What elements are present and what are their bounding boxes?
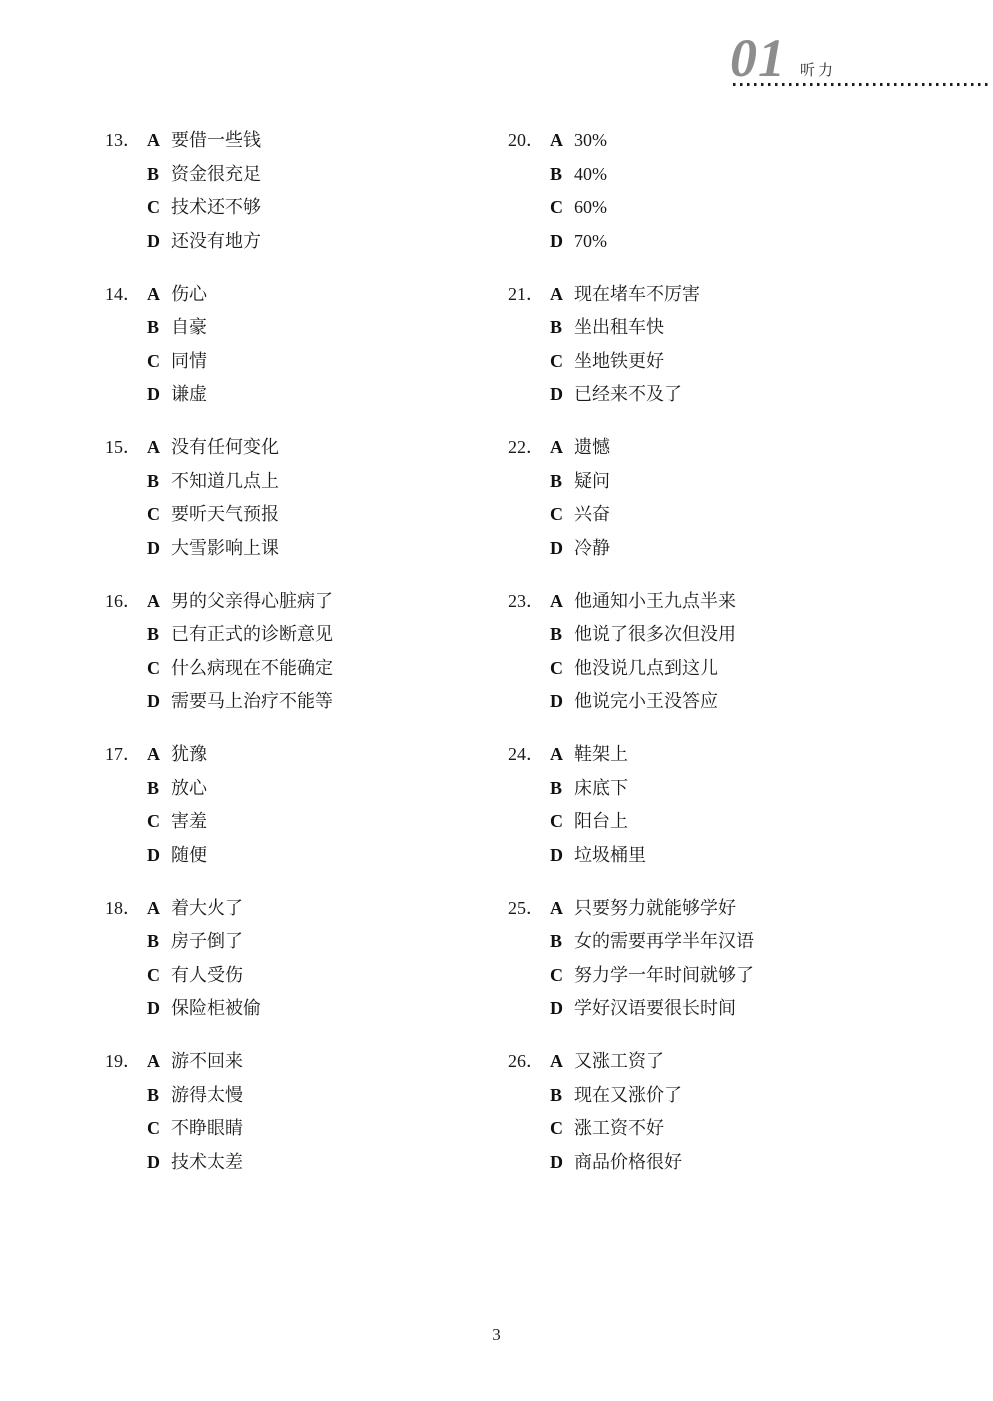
option-letter: A	[550, 585, 574, 619]
option-row: D 需要马上治疗不能等	[105, 685, 508, 719]
option-text: 他说了很多次但没用	[574, 618, 736, 652]
option-text: 又涨工资了	[574, 1045, 664, 1079]
option-text: 犹豫	[171, 738, 207, 772]
option-text: 技术还不够	[171, 191, 261, 225]
questions-area: 13． A 要借一些钱 B 资金很充足 C 技术还不够 D 还没有	[105, 124, 911, 1199]
option-row: 26． A 又涨工资了	[508, 1045, 911, 1079]
option-row: B 40%	[508, 158, 911, 192]
option-text: 着大火了	[171, 892, 243, 926]
option-letter: D	[550, 992, 574, 1026]
option-letter: B	[147, 465, 171, 499]
option-letter: C	[147, 652, 171, 686]
option-letter: C	[550, 959, 574, 993]
option-letter: D	[550, 225, 574, 259]
question-20: 20． A 30% B 40% C 60% D 70%	[508, 124, 911, 258]
option-letter: A	[550, 431, 574, 465]
question-15: 15． A 没有任何变化 B 不知道几点上 C 要听天气预报 D	[105, 431, 508, 565]
option-text: 商品价格很好	[574, 1146, 682, 1180]
option-row: B 疑问	[508, 465, 911, 499]
option-row: B 坐出租车快	[508, 311, 911, 345]
option-letter: C	[550, 805, 574, 839]
question-24: 24． A 鞋架上 B 床底下 C 阳台上 D 垃圾桶里	[508, 738, 911, 872]
page-number: 3	[0, 1325, 993, 1345]
option-row: D 谦虚	[105, 378, 508, 412]
chapter-title: 听力	[800, 59, 836, 80]
option-row: C 同情	[105, 345, 508, 379]
option-text: 伤心	[171, 278, 207, 312]
option-text: 40%	[574, 158, 607, 192]
option-text: 没有任何变化	[171, 431, 279, 465]
option-text: 已有正式的诊断意见	[171, 618, 333, 652]
option-row: C 不睁眼睛	[105, 1112, 508, 1146]
option-text: 学好汉语要很长时间	[574, 992, 736, 1026]
option-text: 已经来不及了	[574, 378, 682, 412]
question-number: 18．	[105, 892, 147, 926]
question-13: 13． A 要借一些钱 B 资金很充足 C 技术还不够 D 还没有	[105, 124, 508, 258]
option-letter: C	[550, 345, 574, 379]
header-dotted-rule	[733, 83, 990, 86]
option-letter: C	[550, 191, 574, 225]
option-row: C 坐地铁更好	[508, 345, 911, 379]
option-row: C 什么病现在不能确定	[105, 652, 508, 686]
option-row: C 要听天气预报	[105, 498, 508, 532]
option-text: 谦虚	[171, 378, 207, 412]
question-number: 24．	[508, 738, 550, 772]
option-letter: B	[147, 925, 171, 959]
option-letter: D	[550, 532, 574, 566]
option-text: 他通知小王九点半来	[574, 585, 736, 619]
option-letter: D	[147, 378, 171, 412]
option-letter: A	[550, 738, 574, 772]
option-letter: B	[550, 311, 574, 345]
option-letter: B	[147, 158, 171, 192]
option-row: B 女的需要再学半年汉语	[508, 925, 911, 959]
option-row: D 商品价格很好	[508, 1146, 911, 1180]
question-number: 20．	[508, 124, 550, 158]
option-row: C 有人受伤	[105, 959, 508, 993]
question-column-right: 20． A 30% B 40% C 60% D 70%	[508, 124, 911, 1199]
option-row: D 已经来不及了	[508, 378, 911, 412]
question-number: 21．	[508, 278, 550, 312]
option-letter: B	[147, 1079, 171, 1113]
option-text: 大雪影响上课	[171, 532, 279, 566]
option-letter: D	[147, 992, 171, 1026]
option-text: 坐出租车快	[574, 311, 664, 345]
option-row: C 涨工资不好	[508, 1112, 911, 1146]
question-number: 26．	[508, 1045, 550, 1079]
option-text: 垃圾桶里	[574, 839, 646, 873]
option-row: B 游得太慢	[105, 1079, 508, 1113]
option-row: 19． A 游不回来	[105, 1045, 508, 1079]
option-row: D 70%	[508, 225, 911, 259]
option-row: D 还没有地方	[105, 225, 508, 259]
option-text: 坐地铁更好	[574, 345, 664, 379]
option-text: 女的需要再学半年汉语	[574, 925, 754, 959]
question-23: 23． A 他通知小王九点半来 B 他说了很多次但没用 C 他没说几点到这儿 D	[508, 585, 911, 719]
option-text: 遗憾	[574, 431, 610, 465]
option-text: 鞋架上	[574, 738, 628, 772]
option-row: 25． A 只要努力就能够学好	[508, 892, 911, 926]
option-letter: A	[550, 892, 574, 926]
option-letter: C	[147, 191, 171, 225]
question-number: 15．	[105, 431, 147, 465]
option-row: D 学好汉语要很长时间	[508, 992, 911, 1026]
option-row: B 已有正式的诊断意见	[105, 618, 508, 652]
option-text: 资金很充足	[171, 158, 261, 192]
option-row: 22． A 遗憾	[508, 431, 911, 465]
option-row: 21． A 现在堵车不厉害	[508, 278, 911, 312]
option-letter: C	[147, 805, 171, 839]
question-number: 19．	[105, 1045, 147, 1079]
option-row: B 房子倒了	[105, 925, 508, 959]
option-text: 害羞	[171, 805, 207, 839]
option-text: 游得太慢	[171, 1079, 243, 1113]
option-text: 涨工资不好	[574, 1112, 664, 1146]
option-row: D 技术太差	[105, 1146, 508, 1180]
option-text: 阳台上	[574, 805, 628, 839]
option-text: 现在堵车不厉害	[574, 278, 700, 312]
option-letter: C	[550, 498, 574, 532]
question-16: 16． A 男的父亲得心脏病了 B 已有正式的诊断意见 C 什么病现在不能确定 …	[105, 585, 508, 719]
option-row: B 自豪	[105, 311, 508, 345]
option-row: 23． A 他通知小王九点半来	[508, 585, 911, 619]
option-letter: A	[147, 892, 171, 926]
option-row: C 害羞	[105, 805, 508, 839]
option-text: 有人受伤	[171, 959, 243, 993]
option-text: 不睁眼睛	[171, 1112, 243, 1146]
option-letter: D	[147, 1146, 171, 1180]
option-letter: D	[147, 532, 171, 566]
option-text: 30%	[574, 124, 607, 158]
option-letter: B	[147, 772, 171, 806]
option-row: B 他说了很多次但没用	[508, 618, 911, 652]
option-row: C 兴奋	[508, 498, 911, 532]
option-row: 24． A 鞋架上	[508, 738, 911, 772]
option-text: 还没有地方	[171, 225, 261, 259]
option-text: 技术太差	[171, 1146, 243, 1180]
option-text: 他说完小王没答应	[574, 685, 718, 719]
option-text: 疑问	[574, 465, 610, 499]
test-paper-page: 01 听力 13． A 要借一些钱 B 资金很充足 C 技术还不够	[0, 0, 993, 1401]
option-letter: A	[147, 738, 171, 772]
option-text: 现在又涨价了	[574, 1079, 682, 1113]
option-letter: A	[550, 124, 574, 158]
question-number: 13．	[105, 124, 147, 158]
option-row: B 现在又涨价了	[508, 1079, 911, 1113]
option-text: 房子倒了	[171, 925, 243, 959]
option-letter: C	[550, 1112, 574, 1146]
option-letter: B	[147, 311, 171, 345]
option-letter: D	[147, 839, 171, 873]
option-row: D 随便	[105, 839, 508, 873]
option-letter: A	[147, 431, 171, 465]
option-row: C 他没说几点到这儿	[508, 652, 911, 686]
option-row: D 垃圾桶里	[508, 839, 911, 873]
question-number: 17．	[105, 738, 147, 772]
option-text: 需要马上治疗不能等	[171, 685, 333, 719]
option-row: C 60%	[508, 191, 911, 225]
option-row: 17． A 犹豫	[105, 738, 508, 772]
option-row: B 放心	[105, 772, 508, 806]
option-text: 保险柜被偷	[171, 992, 261, 1026]
question-number: 23．	[508, 585, 550, 619]
question-25: 25． A 只要努力就能够学好 B 女的需要再学半年汉语 C 努力学一年时间就够…	[508, 892, 911, 1026]
option-text: 什么病现在不能确定	[171, 652, 333, 686]
question-column-left: 13． A 要借一些钱 B 资金很充足 C 技术还不够 D 还没有	[105, 124, 508, 1199]
option-text: 男的父亲得心脏病了	[171, 585, 333, 619]
question-number: 22．	[508, 431, 550, 465]
option-letter: A	[550, 1045, 574, 1079]
option-text: 放心	[171, 772, 207, 806]
option-row: D 大雪影响上课	[105, 532, 508, 566]
option-row: B 不知道几点上	[105, 465, 508, 499]
option-letter: A	[147, 278, 171, 312]
option-text: 要借一些钱	[171, 124, 261, 158]
option-letter: D	[550, 839, 574, 873]
option-letter: C	[147, 345, 171, 379]
option-row: 20． A 30%	[508, 124, 911, 158]
option-letter: B	[550, 772, 574, 806]
option-text: 同情	[171, 345, 207, 379]
option-text: 床底下	[574, 772, 628, 806]
option-text: 他没说几点到这儿	[574, 652, 718, 686]
option-letter: B	[147, 618, 171, 652]
option-text: 70%	[574, 225, 607, 259]
option-letter: D	[550, 685, 574, 719]
option-text: 自豪	[171, 311, 207, 345]
option-letter: B	[550, 158, 574, 192]
option-text: 冷静	[574, 532, 610, 566]
option-row: 14． A 伤心	[105, 278, 508, 312]
question-17: 17． A 犹豫 B 放心 C 害羞 D 随便	[105, 738, 508, 872]
option-letter: B	[550, 465, 574, 499]
option-row: D 保险柜被偷	[105, 992, 508, 1026]
option-letter: A	[147, 1045, 171, 1079]
option-row: C 努力学一年时间就够了	[508, 959, 911, 993]
question-22: 22． A 遗憾 B 疑问 C 兴奋 D 冷静	[508, 431, 911, 565]
option-row: D 冷静	[508, 532, 911, 566]
option-row: 13． A 要借一些钱	[105, 124, 508, 158]
option-text: 要听天气预报	[171, 498, 279, 532]
option-letter: C	[550, 652, 574, 686]
option-text: 只要努力就能够学好	[574, 892, 736, 926]
question-number: 25．	[508, 892, 550, 926]
option-letter: C	[147, 498, 171, 532]
option-letter: A	[147, 124, 171, 158]
option-text: 兴奋	[574, 498, 610, 532]
option-letter: D	[550, 1146, 574, 1180]
question-19: 19． A 游不回来 B 游得太慢 C 不睁眼睛 D 技术太差	[105, 1045, 508, 1179]
option-letter: D	[147, 225, 171, 259]
option-row: C 技术还不够	[105, 191, 508, 225]
option-text: 不知道几点上	[171, 465, 279, 499]
option-letter: D	[550, 378, 574, 412]
question-14: 14． A 伤心 B 自豪 C 同情 D 谦虚	[105, 278, 508, 412]
option-letter: B	[550, 925, 574, 959]
question-number: 14．	[105, 278, 147, 312]
chapter-number: 01	[730, 31, 786, 85]
question-18: 18． A 着大火了 B 房子倒了 C 有人受伤 D 保险柜被偷	[105, 892, 508, 1026]
option-letter: C	[147, 959, 171, 993]
question-21: 21． A 现在堵车不厉害 B 坐出租车快 C 坐地铁更好 D 已	[508, 278, 911, 412]
option-letter: A	[550, 278, 574, 312]
option-text: 游不回来	[171, 1045, 243, 1079]
option-text: 努力学一年时间就够了	[574, 959, 754, 993]
option-letter: C	[147, 1112, 171, 1146]
option-text: 随便	[171, 839, 207, 873]
option-letter: B	[550, 618, 574, 652]
option-row: 16． A 男的父亲得心脏病了	[105, 585, 508, 619]
option-row: C 阳台上	[508, 805, 911, 839]
option-text: 60%	[574, 191, 607, 225]
question-number: 16．	[105, 585, 147, 619]
option-row: D 他说完小王没答应	[508, 685, 911, 719]
question-26: 26． A 又涨工资了 B 现在又涨价了 C 涨工资不好 D 商品	[508, 1045, 911, 1179]
option-letter: B	[550, 1079, 574, 1113]
option-row: 18． A 着大火了	[105, 892, 508, 926]
option-letter: D	[147, 685, 171, 719]
option-row: B 资金很充足	[105, 158, 508, 192]
option-row: 15． A 没有任何变化	[105, 431, 508, 465]
option-row: B 床底下	[508, 772, 911, 806]
option-letter: A	[147, 585, 171, 619]
